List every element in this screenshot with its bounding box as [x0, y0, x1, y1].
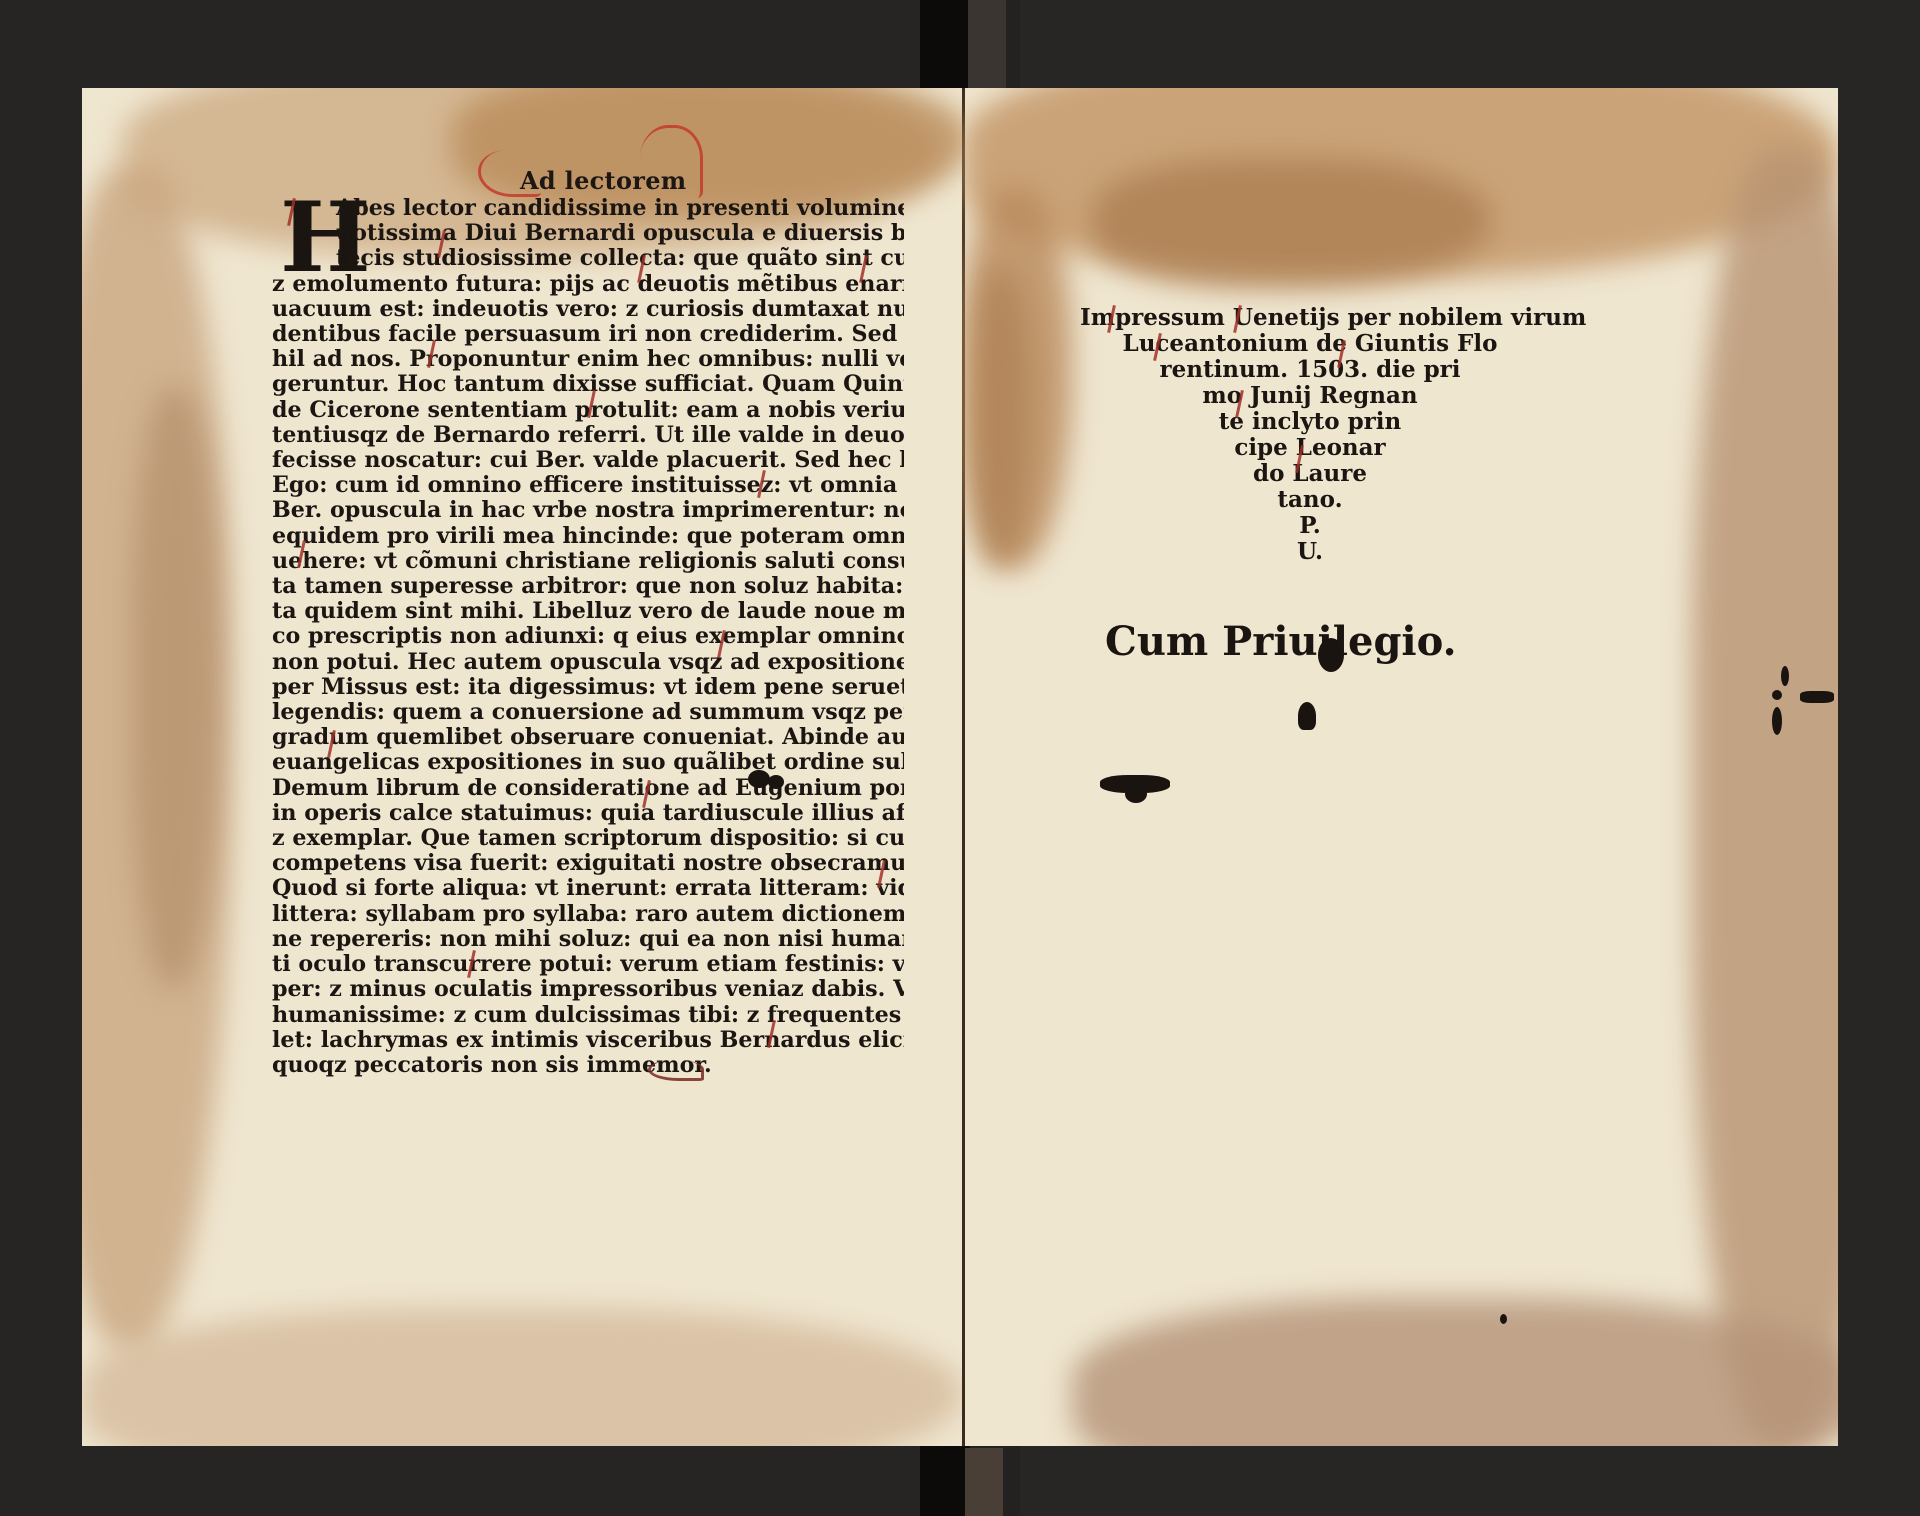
text-line: fecisse noscatur: cui Ber. valde placuer… [272, 448, 904, 473]
text-line: per: z minus oculatis impressoribus veni… [272, 977, 904, 1002]
text-line: Demum librum de consideratione ad Eugeni… [272, 776, 904, 801]
stain-bottom [1072, 1298, 1838, 1446]
stain-left-dark [132, 388, 222, 988]
ink-blot [1772, 690, 1782, 700]
colophon-line: P. [1080, 513, 1540, 539]
stain-top-dark [1092, 158, 1492, 288]
text-line: euangelicas expositiones in suo quãlibet… [272, 750, 904, 775]
text-line: ne repereris: non mihi soluz: qui ea non… [272, 927, 904, 952]
spine-edge-bottom [965, 1448, 1003, 1516]
colophon-line: Luceantonium de Giuntis Flo [1080, 331, 1540, 357]
text-line: dentibus facile persuasum iri non credid… [272, 322, 904, 347]
preface-text: Abes lector candidissime in presenti vol… [272, 196, 904, 1078]
text-line: geruntur. Hoc tantum dixisse sufficiat. … [272, 372, 904, 397]
text-line: Ber. opuscula in hac vrbe nostra imprime… [272, 498, 904, 523]
text-line: let: lachrymas ex intimis visceribus Ber… [272, 1028, 904, 1053]
colophon-line: Impressum Uenetijs per nobilem virum [1080, 305, 1540, 331]
colophon-line: te inclyto prin [1080, 409, 1540, 435]
ink-blot [1772, 707, 1782, 735]
text-line: ti oculo transcurrere potui: verum etiam… [272, 952, 904, 977]
stain-bottom [82, 1308, 962, 1446]
colophon-line: rentinum. 1503. die pri [1080, 357, 1540, 383]
ink-blot [748, 770, 770, 788]
colophon-line: cipe Leonar [1080, 435, 1540, 461]
text-line: Ego: cum id omnino efficere instituissez… [272, 473, 904, 498]
ink-blot [1125, 785, 1147, 803]
text-line: legendis: quem a conuersione ad summum v… [272, 700, 904, 725]
text-line: z emolumento futura: pijs ac deuotis mẽt… [272, 272, 904, 297]
text-line: Abes lector candidissime in presenti vol… [272, 196, 904, 221]
spine-edge-top [968, 0, 1006, 90]
right-page [962, 88, 1838, 1446]
text-line: Quod si forte aliqua: vt inerunt: errata… [272, 876, 904, 901]
text-line: gradum quemlibet obseruare conueniat. Ab… [272, 725, 904, 750]
text-line: co prescriptis non adiunxi: q eius exemp… [272, 624, 904, 649]
text-line: quoqz peccatoris non sis immemor. [272, 1053, 904, 1078]
text-line: ta tamen superesse arbitror: que non sol… [272, 574, 904, 599]
text-line: uacuum est: indeuotis vero: z curiosis d… [272, 297, 904, 322]
colophon-line: tano. [1080, 487, 1540, 513]
colophon-line: U. [1080, 539, 1540, 565]
text-line: non potui. Hec autem opuscula vsqz ad ex… [272, 650, 904, 675]
ink-blot [768, 775, 784, 789]
text-line: hil ad nos. Proponuntur enim hec omnibus… [272, 347, 904, 372]
text-line: tentiusqz de Bernardo referri. Ut ille v… [272, 423, 904, 448]
ink-blot [1318, 638, 1344, 672]
text-line: z exemplar. Que tamen scriptorum disposi… [272, 826, 904, 851]
ink-blot [1298, 702, 1316, 730]
text-line: competens visa fuerit: exiguitati nostre… [272, 851, 904, 876]
text-line: in operis calce statuimus: quia tardiusc… [272, 801, 904, 826]
text-line: ta quidem sint mihi. Libelluz vero de la… [272, 599, 904, 624]
text-line: uotissima Diui Bernardi opuscula e diuer… [272, 221, 904, 246]
text-line: humanissime: z cum dulcissimas tibi: z f… [272, 1003, 904, 1028]
stain-right-margin [1692, 148, 1838, 1446]
colophon-line: mo Junij Regnan [1080, 383, 1540, 409]
text-line: equidem pro virili mea hincinde: que pot… [272, 524, 904, 549]
colophon: Impressum Uenetijs per nobilem virum Luc… [1080, 305, 1540, 565]
colophon-line: do Laure [1080, 461, 1540, 487]
stain-left-drip [972, 268, 1032, 568]
ink-blot [1781, 666, 1789, 686]
ink-blot [1500, 1314, 1507, 1324]
text-line: per Missus est: ita digessimus: vt idem … [272, 675, 904, 700]
text-line: littera: syllabam pro syllaba: raro aute… [272, 902, 904, 927]
privilege-notice: Cum Priuilegio. [1105, 618, 1457, 665]
ink-blot [1800, 691, 1834, 703]
text-line: tecis studiosissime collecta: que quãto … [272, 246, 904, 271]
text-line: uehere: vt cõmuni christiane religionis … [272, 549, 904, 574]
